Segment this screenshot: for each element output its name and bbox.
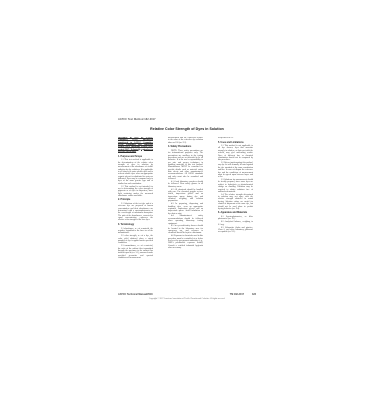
paragraph: 3.1 absorbance, n.—of a material, the ne…: [118, 228, 153, 235]
footer-page-number: 323: [252, 293, 256, 296]
paragraph: NOTE: These safety precautions are for i…: [168, 150, 203, 180]
text-column: Developed in 2005 by AATCC Committee RA8…: [118, 137, 153, 290]
paragraph: 1.1 This test method is applicable to th…: [118, 159, 153, 185]
section-heading: 2. Principle: [118, 199, 153, 202]
paragraph: Developed in 2005 by AATCC Committee RA8…: [118, 137, 153, 153]
paragraph: 1.2 This method is not intended for use …: [118, 186, 153, 198]
paragraph: 5.4 The relative strength determined in …: [218, 194, 253, 210]
paragraph: 6.2 Analytical balance, weighing to 0.1 …: [218, 221, 253, 226]
paragraph: 3.2 color strength, n.—of a dye, the col…: [118, 235, 153, 244]
footer-tm-number: TM 182-2017: [230, 293, 244, 296]
text-column: measurement and are expressed relative t…: [168, 137, 203, 290]
paragraph: as specified in 9.3.: [218, 137, 253, 139]
paragraph: 4.1 Good laboratory practices should be …: [168, 181, 203, 188]
paragraph: 3.3 transmittance, n.—of a material, the…: [118, 245, 153, 259]
paragraph: 4.2 All chemicals should be handled with…: [168, 189, 203, 203]
page-content: AATCC Test Method 182-2017 Relative Colo…: [118, 118, 256, 300]
paragraph: 6.1 Spectrophotometer, or filter photome…: [218, 216, 253, 221]
text-columns: Developed in 2005 by AATCC Committee RA8…: [118, 137, 256, 290]
paragraph: 4.5 An eyewash/safety shower should be l…: [168, 225, 203, 234]
paragraph: 4.6 Exposure to chemicals used in this p…: [168, 235, 203, 249]
footer-manual-label: AATCC Technical Manual/2018: [118, 293, 153, 296]
section-heading: 6. Apparatus and Materials: [218, 212, 253, 215]
page-title: Relative Color Strength of Dyes in Solut…: [118, 127, 256, 131]
paragraph: 4.3 In preparing, dispensing and handlin…: [168, 203, 203, 215]
paragraph: 5.2 Before implementing this method, any…: [218, 162, 253, 178]
section-heading: 1. Purpose and Scope: [118, 156, 153, 159]
paragraph: measurement and are expressed relative t…: [168, 137, 203, 144]
paragraph: 6.3 Volumetric flasks and pipettes, Clas…: [218, 227, 253, 234]
copyright-line: Copyright © 2017 American Association of…: [118, 298, 256, 300]
paragraph: 2.1 Solutions of the test dye and of a r…: [118, 203, 153, 222]
doc-header: AATCC Test Method 182-2017: [118, 118, 256, 121]
paragraph: 4.4 Manufacturer's safety recommendation…: [168, 215, 203, 224]
text-column: as specified in 9.3.5. Uses and Limitati…: [218, 137, 253, 290]
paragraph: 5.3 Solutions for measurement should be …: [218, 179, 253, 193]
document-page: AATCC Test Method 182-2017 Relative Colo…: [0, 0, 368, 420]
footer-right-group: TM 182-2017 323: [230, 293, 256, 296]
section-heading: 5. Uses and Limitations: [218, 142, 253, 145]
section-heading: 3. Terminology: [118, 224, 153, 227]
paragraph: 5.1 This method is not applicable to all…: [218, 145, 253, 161]
section-heading: 4. Safety Precautions: [168, 146, 203, 149]
footer: AATCC Technical Manual/2018 TM 182-2017 …: [118, 293, 256, 296]
